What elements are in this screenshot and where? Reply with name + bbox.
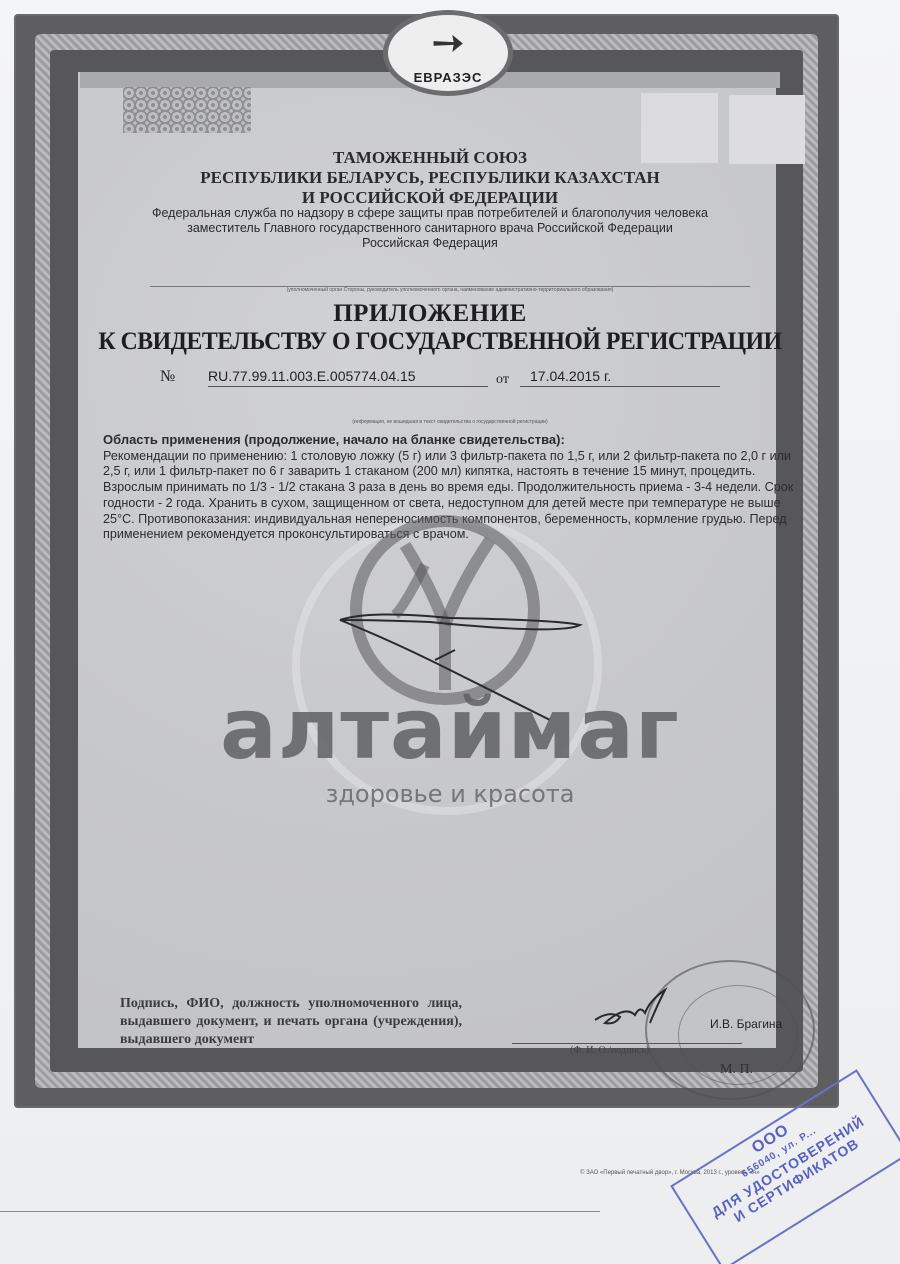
emblem-bird-icon: ➙ bbox=[388, 23, 508, 63]
header-union: ТАМОЖЕННЫЙ СОЮЗ bbox=[80, 148, 780, 168]
security-pattern bbox=[123, 87, 251, 133]
document-title: ПРИЛОЖЕНИЕ bbox=[80, 300, 780, 328]
handwritten-signature-icon bbox=[590, 985, 680, 1035]
signature-caption: Подпись, ФИО, должность уполномоченного … bbox=[120, 995, 462, 1049]
authority-line-1: Федеральная служба по надзору в сфере за… bbox=[80, 206, 780, 220]
signature-line bbox=[512, 1043, 742, 1044]
authority-fine-print: (уполномоченный орган Стороны, руководит… bbox=[160, 287, 740, 293]
certificate-page: ➙ ЕВРАЗЭС ТАМОЖЕННЫЙ СОЮЗ РЕСПУБЛИКИ БЕЛ… bbox=[0, 0, 900, 1264]
watermark-tagline: здоровье и красота bbox=[0, 780, 900, 808]
document-subtitle: К СВИДЕТЕЛЬСТВУ О ГОСУДАРСТВЕННОЙ РЕГИСТ… bbox=[98, 328, 782, 356]
number-label: № bbox=[160, 368, 175, 386]
registration-date: 17.04.2015 г. bbox=[520, 368, 720, 387]
authority-line-2: заместитель Главного государственного са… bbox=[80, 221, 780, 235]
signature-sub-label: (Ф. И. О./подпись) bbox=[570, 1045, 649, 1056]
registration-fine-print: (информация, не вошедшая в текст свидете… bbox=[160, 419, 740, 425]
header-republics: РЕСПУБЛИКИ БЕЛАРУСЬ, РЕСПУБЛИКИ КАЗАХСТА… bbox=[80, 168, 780, 188]
page-edge-line bbox=[0, 1211, 600, 1212]
emblem-label: ЕВРАЗЭС bbox=[388, 70, 508, 85]
scope-heading: Область применения (продолжение, начало … bbox=[103, 432, 811, 448]
eurasec-emblem-icon: ➙ ЕВРАЗЭС bbox=[383, 10, 513, 96]
header-federation: И РОССИЙСКОЙ ФЕДЕРАЦИИ bbox=[80, 188, 780, 208]
date-label: от bbox=[496, 372, 509, 388]
signer-name: И.В. Брагина bbox=[710, 1017, 782, 1031]
seal-label: М. П. bbox=[720, 1062, 753, 1078]
authority-line-3: Российская Федерация bbox=[80, 236, 780, 250]
watermark-brand: алтаймаг bbox=[0, 680, 900, 778]
registration-number: RU.77.99.11.003.Е.005774.04.15 bbox=[208, 368, 488, 387]
